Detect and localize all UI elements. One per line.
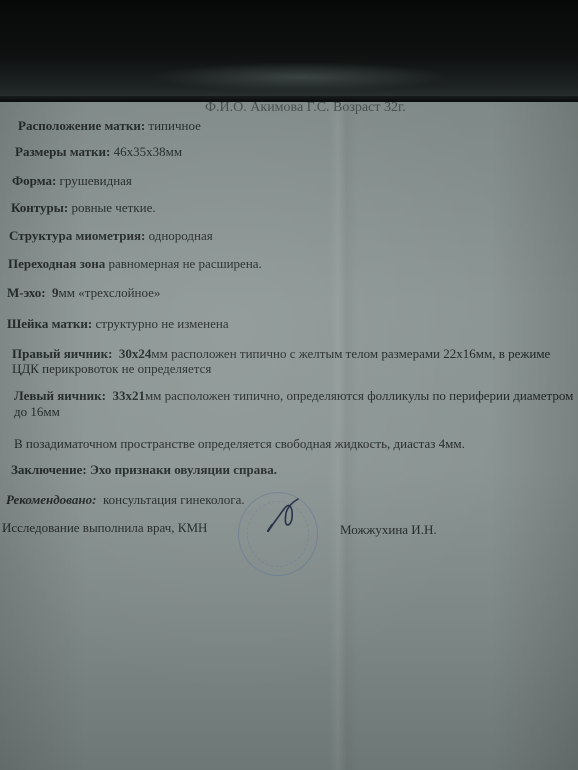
doctor-name: Можжухина И.Н. (340, 522, 437, 538)
field-value: мм «трехслойное» (59, 285, 161, 300)
field-uterus-size: Размеры матки: 46x35x38мм (15, 144, 182, 160)
recommendation-label: Рекомендовано: (6, 492, 96, 507)
dark-folder-cover (0, 0, 578, 102)
patient-header: Ф.И.О. Акимова Г.С. Возраст 32г. (205, 100, 406, 116)
conclusion-value: Эхо признаки овуляции справа. (90, 462, 277, 477)
ovary-size: 30x24 (119, 346, 152, 361)
conclusion: Заключение: Эхо признаки овуляции справа… (11, 462, 277, 478)
field-value: однородная (149, 228, 213, 243)
left-ovary-line-2: до 16мм (14, 404, 60, 420)
field-value: мм расположен типично, определяются фолл… (145, 388, 573, 403)
field-label: Структура миометрия: (9, 228, 145, 243)
field-shape: Форма: грушевидная (12, 173, 132, 189)
field-cervix: Шейка матки: структурно не изменена (7, 316, 229, 332)
field-value: мм расположен типично с желтым телом раз… (151, 346, 550, 361)
field-value: равномерная не расширена. (109, 256, 262, 271)
field-label: Правый яичник: (12, 346, 112, 361)
field-value: 46x35x38мм (114, 144, 182, 159)
field-label: Форма: (12, 173, 56, 188)
field-value: ровные четкие. (71, 200, 155, 215)
field-label: Размеры матки: (15, 144, 110, 159)
field-label: Шейка матки: (7, 316, 92, 331)
signature-mark (262, 495, 302, 535)
conclusion-label: Заключение: (11, 462, 87, 477)
field-value: структурно не изменена (95, 316, 228, 331)
field-label: Переходная зона (8, 256, 105, 271)
ovary-size: 33x21 (112, 388, 145, 403)
field-myometrium: Структура миометрия: однородная (9, 228, 213, 244)
field-uterus-position: Расположение матки: типичное (18, 118, 201, 134)
right-ovary-line-1: Правый яичник: 30x24мм расположен типичн… (12, 346, 550, 362)
field-value: типичное (148, 118, 200, 133)
field-label: Левый яичник: (14, 388, 106, 403)
field-transition-zone: Переходная зона равномерная не расширена… (8, 256, 262, 272)
report-sheet: Ф.И.О. Акимова Г.С. Возраст 32г. Располо… (0, 100, 578, 770)
field-contours: Контуры: ровные четкие. (11, 200, 156, 216)
field-label: Контуры: (11, 200, 68, 215)
cover-edge (0, 96, 578, 102)
recommendation-value: консультация гинеколога. (103, 492, 245, 507)
field-label: М-эхо: (7, 285, 46, 300)
field-label: Расположение матки: (18, 118, 145, 133)
recommendation: Рекомендовано: консультация гинеколога. (6, 492, 245, 508)
right-ovary-line-2: ЦДК перикровоток не определяется (12, 361, 211, 377)
cover-sheen (150, 62, 450, 92)
free-fluid-note: В позадиматочном пространстве определяет… (14, 436, 465, 452)
field-value: грушевидная (60, 173, 132, 188)
left-ovary-line-1: Левый яичник: 33x21мм расположен типично… (14, 388, 573, 404)
performed-by: Исследование выполнила врач, КМН (2, 520, 207, 536)
field-m-echo: М-эхо: 9мм «трехслойное» (7, 285, 160, 301)
